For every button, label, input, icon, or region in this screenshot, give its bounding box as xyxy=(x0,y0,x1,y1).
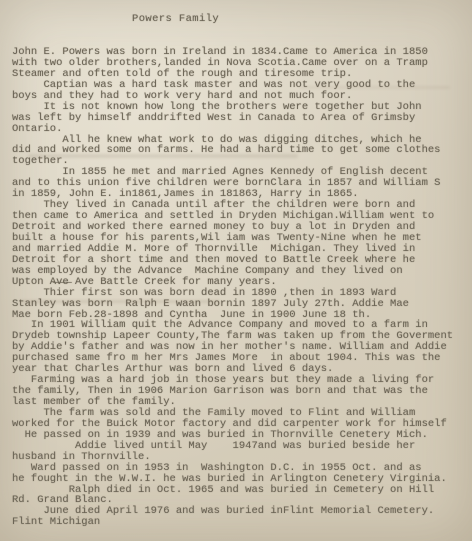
text-line: was left by himself anddrifted West in C… xyxy=(12,113,472,124)
text-line: did and worked some on farms. He had a h… xyxy=(12,145,472,156)
text-line: Ward passed on in 1953 in Washington D.C… xyxy=(12,463,472,474)
document-body: John E. Powers was born in Ireland in 18… xyxy=(12,47,472,528)
text-line: Upton A̶v̶e̶ Ave Battle Creek for many y… xyxy=(12,277,472,288)
text-line: Thier first son was born dead in 1890 ,t… xyxy=(12,288,472,299)
text-line: Ontario. xyxy=(12,124,472,135)
text-line: Stanley was born Ralph E waan bornin 189… xyxy=(12,299,472,310)
document-page: Powers Family John E. Powers was born in… xyxy=(0,0,472,541)
text-line: It is not known how long the brothers we… xyxy=(12,102,472,113)
text-line: he fought in the W.W.I. he was buried in… xyxy=(12,474,472,485)
text-line: husband in Thornville. xyxy=(12,452,472,463)
document-title: Powers Family xyxy=(132,14,472,25)
text-line: Flint Michigan xyxy=(12,517,472,528)
